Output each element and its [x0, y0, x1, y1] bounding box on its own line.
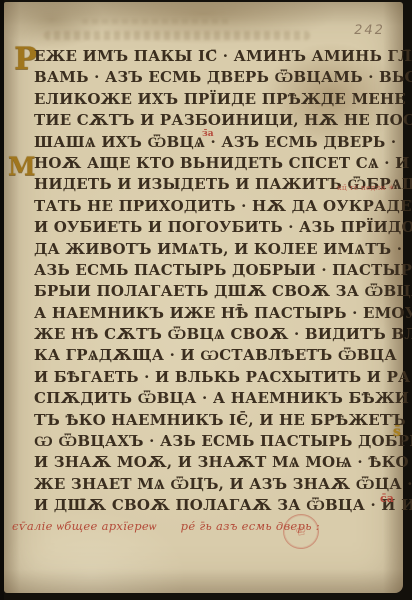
- text-line: Ѡ ѾВЦАХЪ · АЗЬ ЕСМЬ ПАСТЫРЬ ДОБРЫИ ·: [34, 431, 386, 452]
- rubric-lection-label: єѵ̄аліе ѡбщее архїереѡ: [12, 519, 157, 533]
- text-line: НОѪ АЩЕ КТО ВЬНИДЕТЬ СП̄СЕТ СѦ · И ВЪ: [34, 153, 386, 174]
- text-line: И ДШ̄Ѫ СВОѪ ПОЛАГАѪ ЗА ѾВЦА · И ИНЫ: [34, 495, 386, 516]
- text-line: ЖЕ НѢ СѪТЪ ѾВЦѦ СВОѪ · ВИДИТЪ ВЛЪ: [34, 324, 386, 345]
- text-line: ДА ЖИВОТЪ ИМѦТЬ, И КОЛЕЕ ИМѦТЪ ·: [34, 239, 386, 260]
- text-line: ЕЖЕ ИМЪ ПАКЫ ІС̄ · АМИНЪ АМИНЬ ГЛ̄А: [34, 46, 386, 67]
- crown-icon: ♔: [294, 523, 308, 540]
- folio-number: 242: [353, 23, 386, 38]
- text-line: ЕЛИКОЖЕ ИХЪ ПРЇИДЕ ПРѢЖДЕ МЕНЕ : ТА: [34, 89, 386, 110]
- text-line: СПѪДИТЬ ѾВЦА · А НАЕМНИКЪ БѢЖИ: [34, 388, 386, 409]
- text-line: И БѢГАЕТЬ · И ВЛЬКЬ РАСХЫТИТЬ И РА: [34, 367, 386, 388]
- illuminated-initial-M: М: [8, 154, 36, 179]
- rubric-line: єѵ̄аліе ѡбщее архїереѡ ре́ г̄ь азъ есмь …: [12, 519, 312, 533]
- text-line: И ЗНАѪ МОѪ, И ЗНАѪТ МѦ МОѨ · ѢКО: [34, 452, 386, 473]
- library-stamp: ♔: [280, 511, 322, 552]
- parchment-leaf: 242 Р М ЕЖЕ ИМЪ ПАКЫ ІС̄ · АМИНЪ АМИНЬ Г…: [4, 2, 403, 593]
- text-line: АЗЬ ЕСМЬ ПАСТЫРЬ ДОБРЫИ · ПАСТЫРЬ ДО: [34, 260, 386, 281]
- gold-section-numeral: ѕ̄: [393, 424, 401, 440]
- manuscript-photo: 242 Р М ЕЖЕ ИМЪ ПАКЫ ІС̄ · АМИНЪ АМИНЬ Г…: [0, 0, 412, 600]
- text-line: ТАТЬ НЕ ПРИХОДИТЬ · НѪ ДА ОУКРАДЕТЪ: [34, 196, 386, 217]
- text-line: А НАЕМНИКЪ ИЖЕ НѢ̄ ПАСТЫРЬ · ЕМОУ: [34, 303, 386, 324]
- text-line: И ОУБИЕТЬ И ПОГОУБИТЬ · АЗЬ ПРЇИДОХЪ: [34, 217, 386, 238]
- red-section-numeral: с̄а: [380, 492, 394, 505]
- text-line: КА ГРѦДѪЩА · И ѠСТАВЛѢЕТЪ ѾВЦА: [34, 345, 386, 366]
- bleed-through-ghost: [44, 31, 310, 40]
- text-line: ТЪ ѢКО НАЕМНИКЪ ІЄ̄, И НЕ БРѢЖЕТЪ: [34, 410, 386, 431]
- text-line: НИДЕТЬ И ИЗЫДЕТЬ И ПАЖИТЪ ѾБРѦЩЕ̄: [34, 174, 386, 195]
- text-line: ВАМЬ · АЗЪ ЕСМЬ ДВЕРЬ ѾВЦАМЬ · ВЬСИ: [34, 67, 386, 88]
- text-line: БРЫИ ПОЛАГАЕТЬ ДШ̄Ѫ СВОѪ ЗА ѾВЦѦ ·: [34, 281, 386, 302]
- zachalo-mark: з̄а: [202, 129, 214, 139]
- margin-lection-note: кц̄ тє́ недли ✳: [337, 183, 395, 192]
- text-block: ЕЖЕ ИМЪ ПАКЫ ІС̄ · АМИНЪ АМИНЬ ГЛ̄А ВАМЬ…: [34, 46, 386, 517]
- bleed-through-ghost: [82, 19, 232, 24]
- text-line: ЖЕ ЗНАЕТ МѦ ѾЦ̄Ъ, И АЗЪ ЗНАѪ ѾЦ̄А ·: [34, 474, 386, 495]
